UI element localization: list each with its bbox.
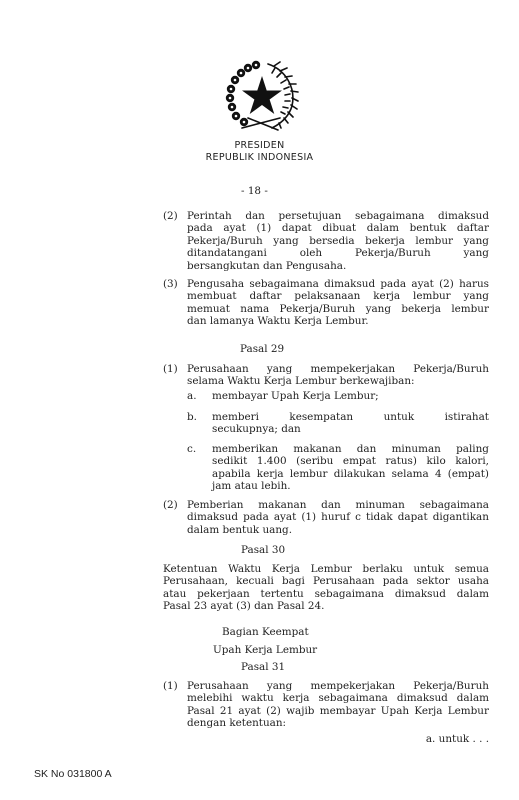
text-line: Pasal21ayat(2)wajibmembayarUpahKerjaLemb… [187, 705, 489, 717]
text-line: Pemberianmakanandanminumansebagaimana [187, 499, 489, 511]
text-line: dan lamanya Waktu Kerja Lembur. [187, 315, 489, 327]
item-number: (2) [163, 210, 178, 222]
subitem-text: memberikesempatanuntukistirahatsecukupny… [212, 411, 489, 436]
text-line: membuatdaftarpelaksanaankerjalemburyang [187, 290, 489, 302]
item-number: (1) [163, 680, 178, 692]
text-line: PerusahaanyangmempekerjakanPekerja/Buruh [187, 363, 489, 375]
text-line: dimaksudpadaayat(1)hurufctidakdapatdigan… [187, 511, 489, 523]
text-line: memuatnamaPekerja/Buruhyangbekerjalembur [187, 303, 489, 315]
text-line: jam atau lebih. [212, 480, 489, 492]
document-serial-number: SK No 031800 A [34, 768, 112, 780]
section-title: Bagian Keempat [222, 626, 309, 638]
subitem-label: b. [187, 411, 197, 423]
text-line: membayar Upah Kerja Lembur; [212, 390, 489, 402]
header-title-presiden: PRESIDEN [0, 140, 519, 151]
text-line: padaayat(1)dapatdibuatdalambentukdaftar [187, 222, 489, 234]
subitem-text: memberikanmakanandanminumanpalingsedikit… [212, 443, 489, 493]
item-number: (1) [163, 363, 178, 375]
text-line: memberikesempatanuntukistirahat [212, 411, 489, 423]
text-line: Pekerja/Buruhyangbersediabekerjalemburya… [187, 235, 489, 247]
item-number: (2) [163, 499, 178, 511]
presidential-seal-icon [222, 56, 302, 136]
paragraph: KetentuanWaktuKerjaLemburberlakuuntuksem… [163, 563, 489, 613]
paragraph: PerusahaanyangmempekerjakanPekerja/Buruh… [187, 363, 489, 388]
text-line: sedikit1.400(seribuempatratus)kilokalori… [212, 455, 489, 467]
text-line: memberikanmakanandanminumanpaling [212, 443, 489, 455]
text-line: selama Waktu Kerja Lembur berkewajiban: [187, 375, 489, 387]
header-title-republik: REPUBLIK INDONESIA [0, 152, 519, 163]
text-line: Pasal 23 ayat (3) dan Pasal 24. [163, 600, 489, 612]
text-line: secukupnya; dan [212, 423, 489, 435]
paragraph: Perintahdanpersetujuansebagaimanadimaksu… [187, 210, 489, 272]
text-line: ataupekerjaantertentusebagaimanadimaksud… [163, 588, 489, 600]
page-number: - 18 - [241, 185, 268, 197]
item-number: (3) [163, 278, 178, 290]
article-title: Pasal 29 [240, 343, 284, 355]
paragraph: Pengusahasebagaimanadimaksudpadaayat(2)h… [187, 278, 489, 328]
subitem-label: c. [187, 443, 196, 455]
article-title: Pasal 30 [241, 544, 285, 556]
continuation-marker: a. untuk . . . [400, 733, 489, 745]
text-line: Perintahdanpersetujuansebagaimanadimaksu… [187, 210, 489, 222]
subitem-text: membayar Upah Kerja Lembur; [212, 390, 489, 402]
text-line: KetentuanWaktuKerjaLemburberlakuuntuksem… [163, 563, 489, 575]
text-line: Pengusahasebagaimanadimaksudpadaayat(2)h… [187, 278, 489, 290]
text-line: dalam bentuk uang. [187, 524, 489, 536]
document-page: PRESIDEN REPUBLIK INDONESIA - 18 - (2) P… [0, 0, 519, 800]
text-line: dengan ketentuan: [187, 717, 489, 729]
paragraph: Pemberianmakanandanminumansebagaimanadim… [187, 499, 489, 536]
text-line: PerusahaanyangmempekerjakanPekerja/Buruh [187, 680, 489, 692]
section-subtitle: Upah Kerja Lembur [213, 644, 317, 656]
text-line: bersangkutan dan Pengusaha. [187, 260, 489, 272]
article-title: Pasal 31 [241, 661, 285, 673]
subitem-label: a. [187, 390, 197, 402]
text-line: melebihiwaktukerjasebagaimanadimaksuddal… [187, 692, 489, 704]
text-line: Perusahaan,kecualibagiPerusahaanpadasekt… [163, 575, 489, 587]
paragraph: PerusahaanyangmempekerjakanPekerja/Buruh… [187, 680, 489, 730]
text-line: ditandatanganiolehPekerja/Buruhyang [187, 247, 489, 259]
text-line: apabilakerjalemburdilakukanselama4(empat… [212, 468, 489, 480]
